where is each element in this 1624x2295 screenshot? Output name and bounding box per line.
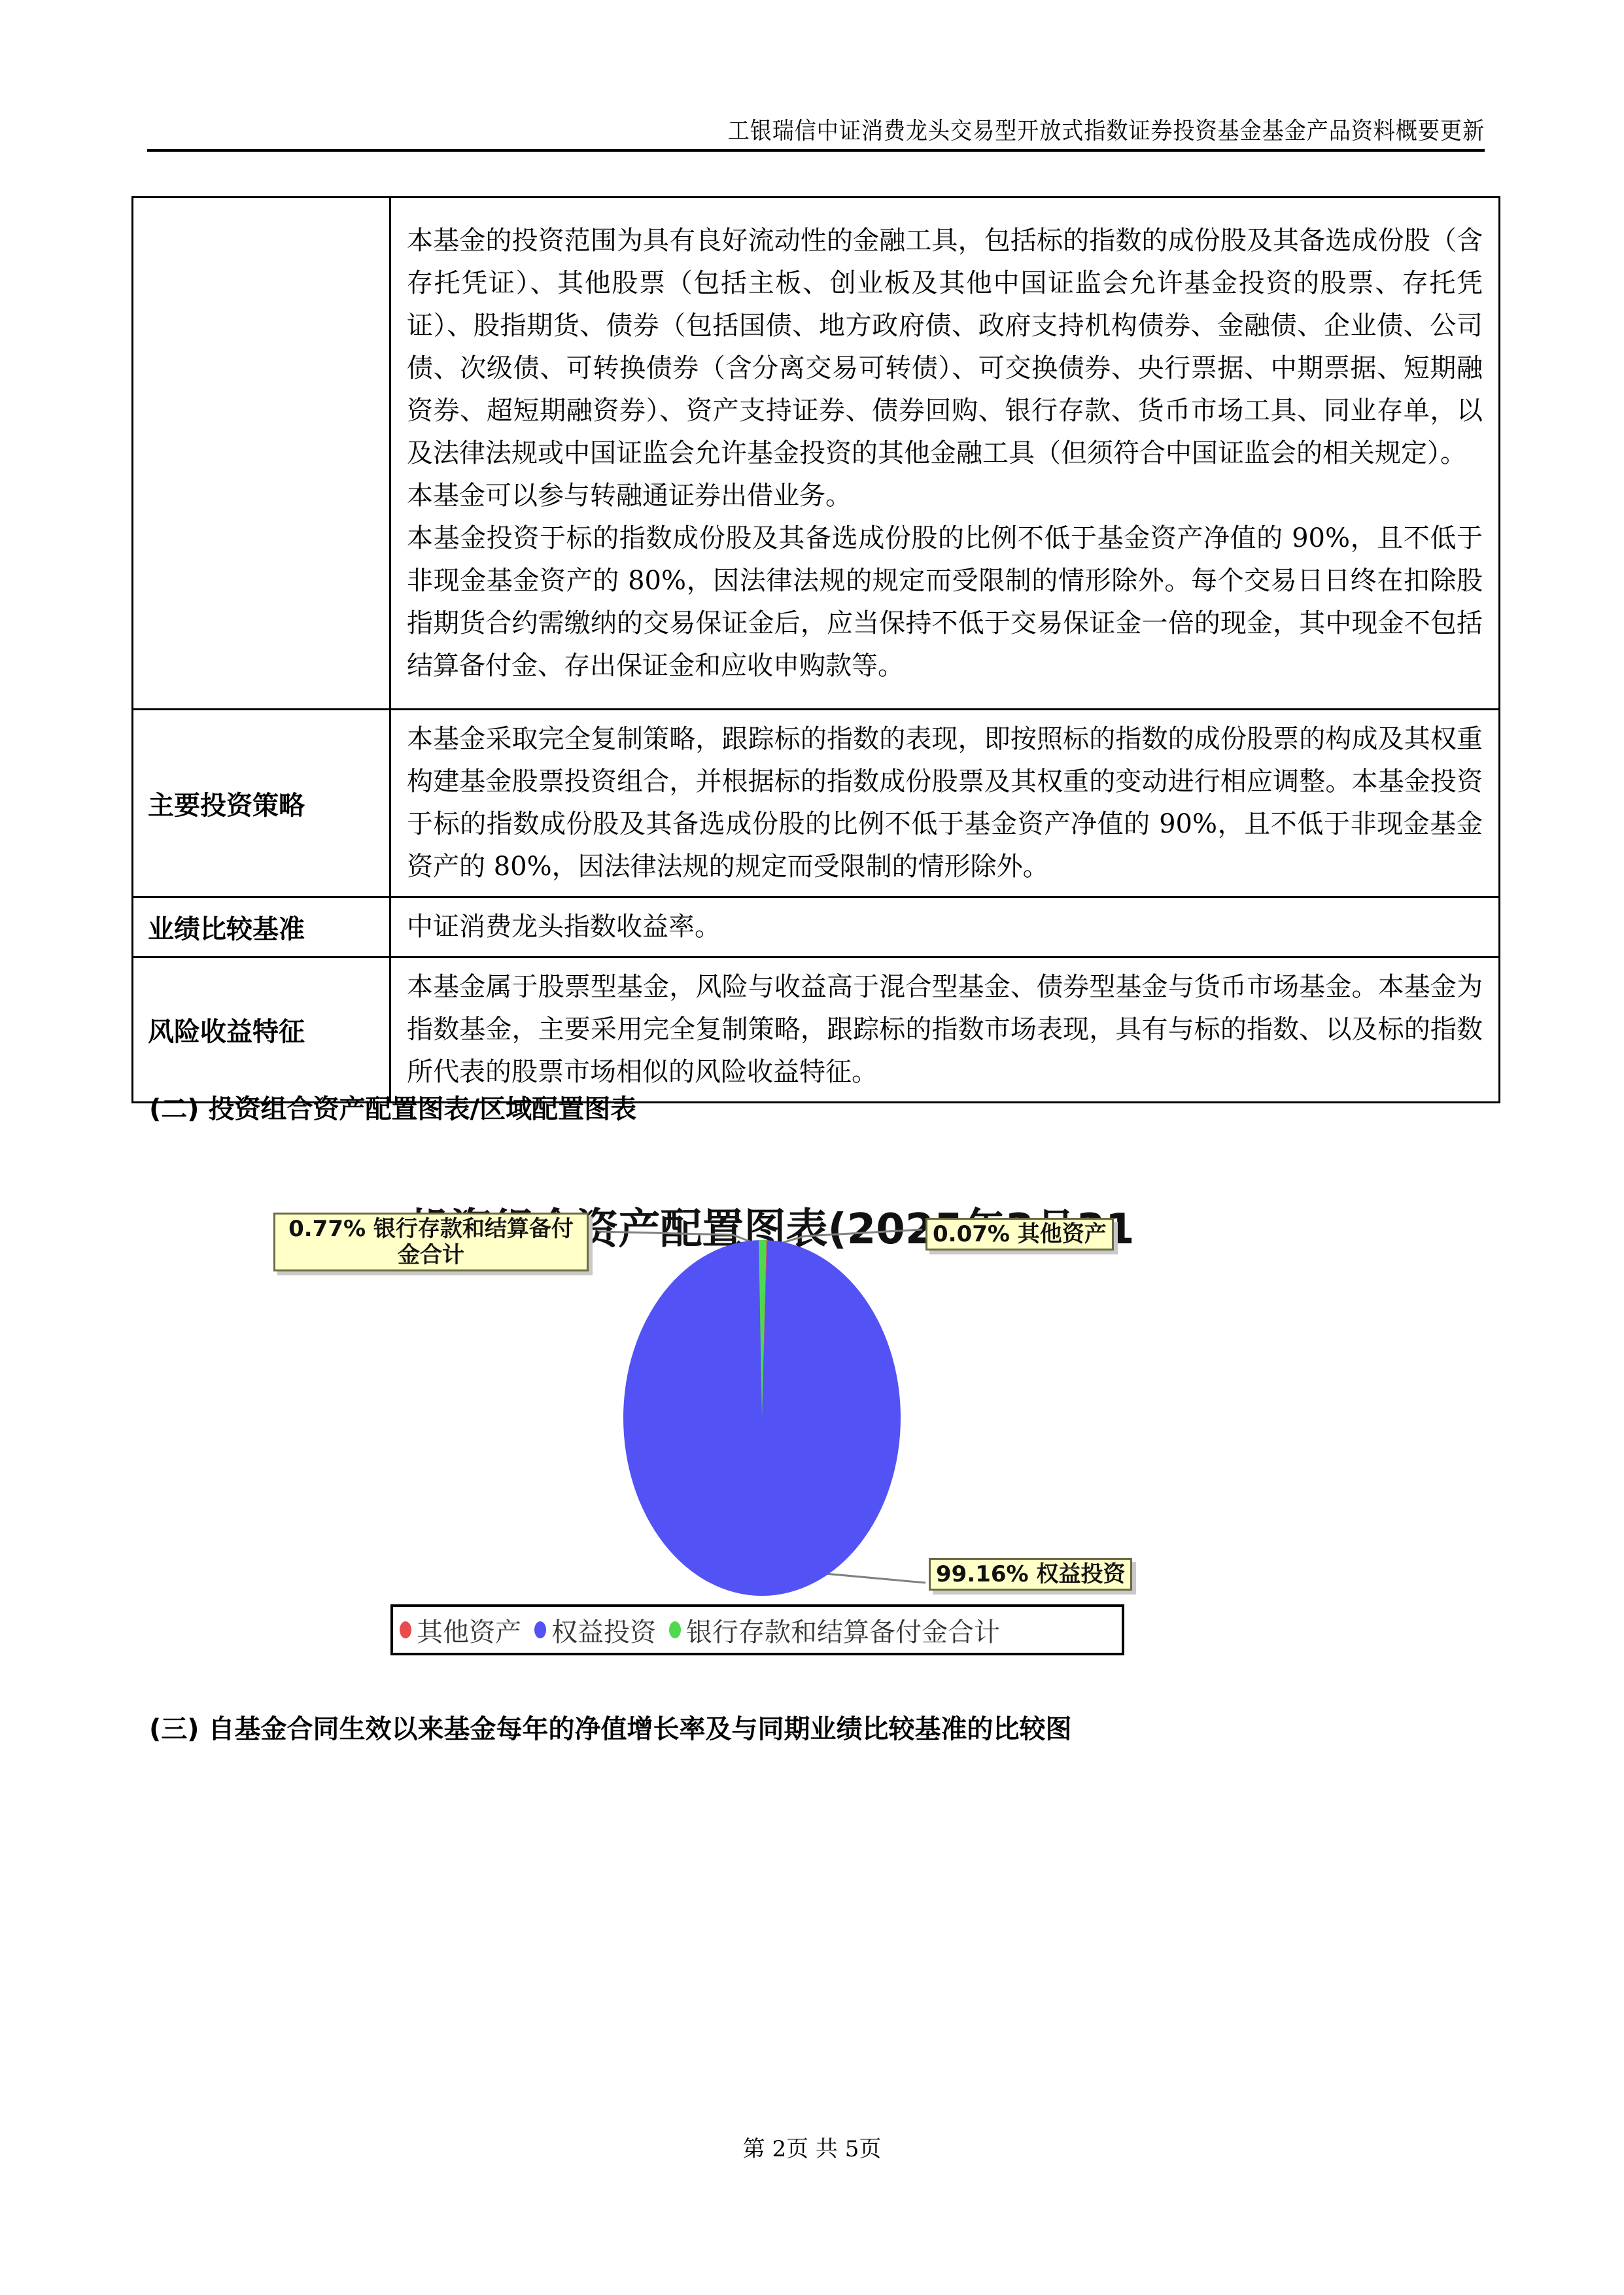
callout-bank-line2: 金合计 [281,1242,581,1268]
row-label: 业绩比较基准 [133,897,390,958]
chart-legend: 其他资产 权益投资 银行存款和结算备付金合计 [390,1604,1124,1655]
callout-equity: 99.16% 权益投资 [929,1558,1132,1591]
table-row-investment-strategy: 主要投资策略 本基金采取完全复制策略，跟踪标的指数的表现，即按照标的指数的成份股… [133,710,1500,897]
legend-label: 其他资产 [417,1612,521,1649]
callout-bank: 0.77% 银行存款和结算备付 金合计 [273,1213,589,1271]
legend-dot-blue-icon [534,1621,546,1638]
section-heading-asset-allocation: (二) 投资组合资产配置图表/区域配置图表 [149,1088,636,1126]
row-content: 本基金属于股票型基金，风险与收益高于混合型基金、债券型基金与货币市场基金。本基金… [390,958,1500,1103]
paragraph: 本基金采取完全复制策略，跟踪标的指数的表现，即按照标的指数的成份股票的构成及其权… [407,718,1483,888]
table-row-investment-scope: 本基金的投资范围为具有良好流动性的金融工具，包括标的指数的成份股及其备选成份股（… [133,198,1500,710]
callout-other: 0.07% 其他资产 [925,1218,1114,1251]
table-row-risk-return: 风险收益特征 本基金属于股票型基金，风险与收益高于混合型基金、债券型基金与货币市… [133,958,1500,1103]
callout-bank-line1: 0.77% 银行存款和结算备付 [281,1216,581,1242]
section-heading-growth-comparison: (三) 自基金合同生效以来基金每年的净值增长率及与同期业绩比较基准的比较图 [149,1708,1072,1746]
paragraph: 本基金投资于标的指数成份股及其备选成份股的比例不低于基金资产净值的 90%，且不… [407,517,1483,687]
document-title: 工银瑞信中证消费龙头交易型开放式指数证券投资基金基金产品资料概要更新 [728,112,1485,146]
row-content: 中证消费龙头指数收益率。 [390,897,1500,958]
page-header: 工银瑞信中证消费龙头交易型开放式指数证券投资基金基金产品资料概要更新 [147,110,1485,152]
legend-dot-green-icon [669,1621,681,1638]
page-footer: 第 2页 共 5页 [0,2131,1624,2163]
row-label: 风险收益特征 [133,958,390,1103]
paragraph: 本基金属于股票型基金，风险与收益高于混合型基金、债券型基金与货币市场基金。本基金… [407,966,1483,1094]
legend-label: 银行存款和结算备付金合计 [686,1612,1000,1649]
row-content: 本基金的投资范围为具有良好流动性的金融工具，包括标的指数的成份股及其备选成份股（… [390,198,1500,710]
row-label [133,198,390,710]
row-content: 本基金采取完全复制策略，跟踪标的指数的表现，即按照标的指数的成份股票的构成及其权… [390,710,1500,897]
asset-allocation-pie-chart: 投资组合资产配置图表(2025年3月31日) 0.77% 银行存款和结算备付 金… [275,1171,1203,1681]
paragraph: 中证消费龙头指数收益率。 [407,906,1483,948]
legend-item-equity: 权益投资 [534,1612,656,1649]
fund-info-table: 本基金的投资范围为具有良好流动性的金融工具，包括标的指数的成份股及其备选成份股（… [131,196,1500,1103]
row-label: 主要投资策略 [133,710,390,897]
legend-dot-red-icon [400,1621,411,1638]
legend-item-bank: 银行存款和结算备付金合计 [669,1612,1000,1649]
leader-line-other [772,1230,922,1246]
legend-item-other: 其他资产 [400,1612,521,1649]
paragraph: 本基金的投资范围为具有良好流动性的金融工具，包括标的指数的成份股及其备选成份股（… [407,220,1483,475]
paragraph: 本基金可以参与转融通证券出借业务。 [407,475,1483,517]
table-row-benchmark: 业绩比较基准 中证消费龙头指数收益率。 [133,897,1500,958]
legend-label: 权益投资 [551,1612,656,1649]
